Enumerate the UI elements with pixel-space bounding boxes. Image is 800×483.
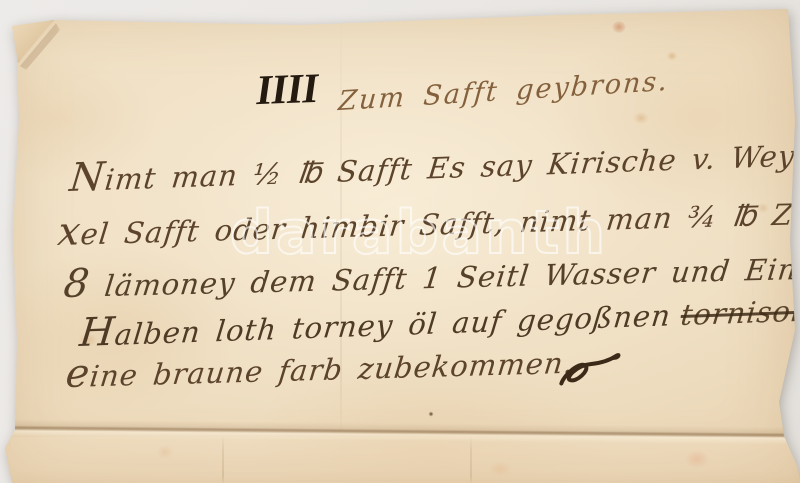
vertical-crease: [470, 436, 472, 483]
struck-out-word: tornisol: [679, 294, 800, 332]
page-numeral: IIII: [255, 65, 318, 115]
below-fold-area: [0, 437, 800, 483]
recipe-title: Zum Safft geybrons.: [337, 66, 670, 117]
handwriting-line-1: Nimt man ½ ℔ Safft Es say Kirische v. We…: [68, 131, 798, 202]
vertical-crease: [222, 436, 224, 483]
paper-sheet-wrap: IIII Zum Safft geybrons. Nimt man ½ ℔ Sa…: [0, 0, 800, 483]
manuscript-paper: IIII Zum Safft geybrons. Nimt man ½ ℔ Sa…: [0, 0, 800, 483]
photo-backdrop: IIII Zum Safft geybrons. Nimt man ½ ℔ Sa…: [0, 0, 800, 483]
